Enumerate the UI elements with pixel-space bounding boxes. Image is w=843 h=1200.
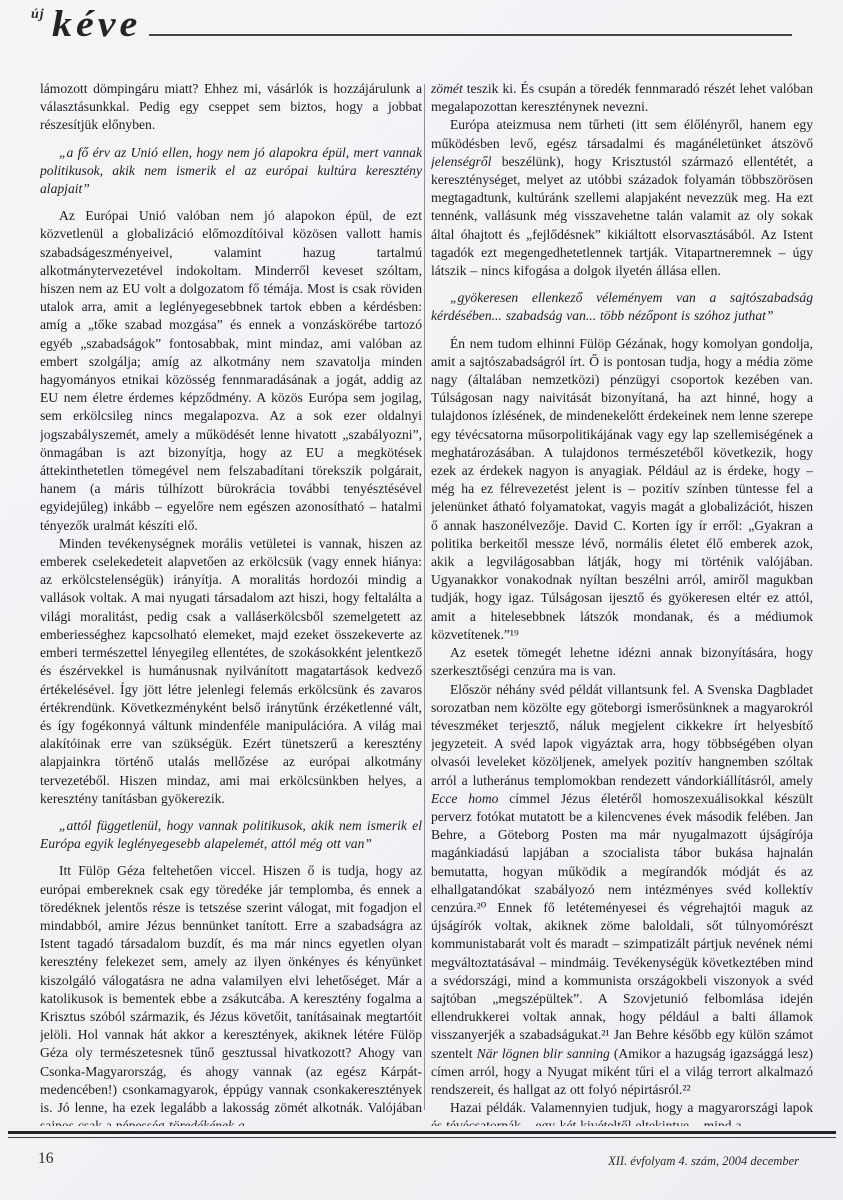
body-paragraph: Európa ateizmusa nem tűrheti (itt sem él…	[431, 116, 813, 280]
page-number: 16	[38, 1150, 54, 1168]
body-paragraph: Az esetek tömegét lehetne idézni annak b…	[431, 644, 813, 680]
body-paragraph: lámozott dömpingáru miatt? Ehhez mi, vás…	[40, 80, 422, 135]
logo-title: kéve	[52, 2, 141, 45]
quote-paragraph: „a fő érv az Unió ellen, hogy nem jó ala…	[40, 144, 422, 199]
quote-paragraph: „gyökeresen ellenkező véleményem van a s…	[431, 289, 813, 325]
body-paragraph: Az Európai Unió valóban nem jó alapokon …	[40, 207, 422, 535]
footer-rule	[8, 1131, 836, 1138]
header-rule	[149, 34, 792, 36]
right-text-column: zömét teszik ki. És csupán a töredék fen…	[431, 80, 813, 1126]
body-paragraph: Itt Fülöp Géza feltehetően viccel. Hisze…	[40, 862, 422, 1126]
logo-prefix: új	[31, 7, 45, 23]
column-divider	[424, 84, 425, 1110]
body-paragraph: Először néhány svéd példát villantsunk f…	[431, 681, 813, 1100]
quote-paragraph: „attól függetlenül, hogy vannak politiku…	[40, 817, 422, 853]
issue-line: XII. évfolyam 4. szám, 2004 december	[608, 1154, 799, 1169]
body-paragraph: zömét teszik ki. És csupán a töredék fen…	[431, 80, 813, 116]
body-paragraph: Minden tevékenységnek morális vetületei …	[40, 535, 422, 808]
body-paragraph: Én nem tudom elhinni Fülöp Gézának, hogy…	[431, 335, 813, 644]
magazine-page: új kéve lámozott dömpingáru miatt? Ehhez…	[0, 0, 843, 1200]
body-paragraph: Hazai példák. Valamennyien tudjuk, hogy …	[431, 1099, 813, 1126]
masthead: új kéve	[0, 0, 843, 60]
left-text-column: lámozott dömpingáru miatt? Ehhez mi, vás…	[40, 80, 422, 1126]
